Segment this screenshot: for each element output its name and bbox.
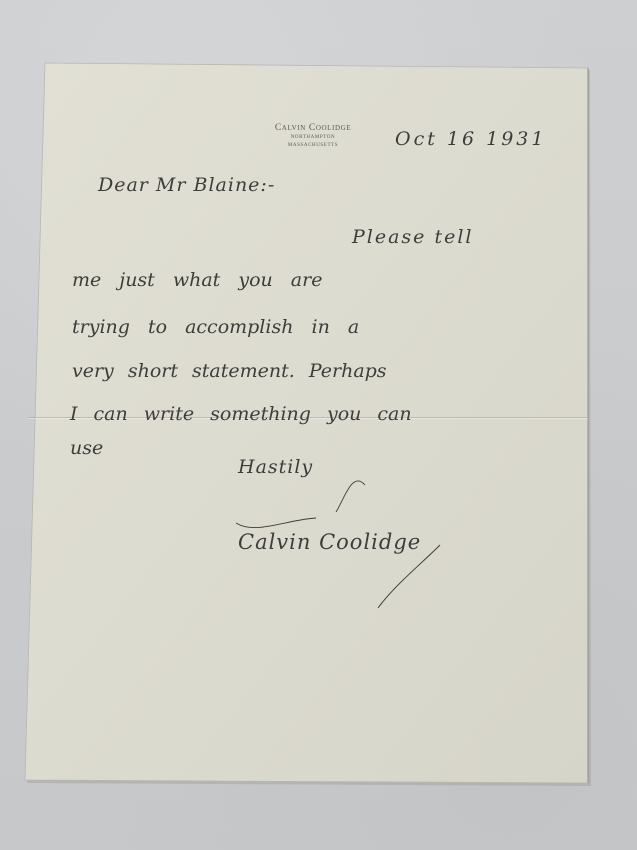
letterhead-city: Northampton	[258, 134, 368, 142]
body-line: me just what you are	[72, 269, 322, 291]
letterhead: Calvin Coolidge Northampton Massachusett…	[258, 123, 368, 150]
body-line: Please tell	[352, 226, 474, 248]
body-line: very short statement. Perhaps	[72, 360, 387, 382]
letter-sheet: Calvin Coolidge Northampton Massachusett…	[0, 0, 637, 850]
letterhead-name: Calvin Coolidge	[258, 123, 368, 134]
closing: Hastily	[238, 456, 313, 478]
body-line: use	[70, 437, 103, 459]
salutation: Dear Mr Blaine:-	[98, 174, 275, 196]
letterhead-state: Massachusetts	[258, 142, 368, 150]
letter-date: Oct 16 1931	[395, 128, 546, 150]
body-line: I can write something you can	[70, 403, 412, 425]
body-line: trying to accomplish in a	[72, 316, 359, 338]
signature: Calvin Coolidge	[238, 530, 421, 554]
